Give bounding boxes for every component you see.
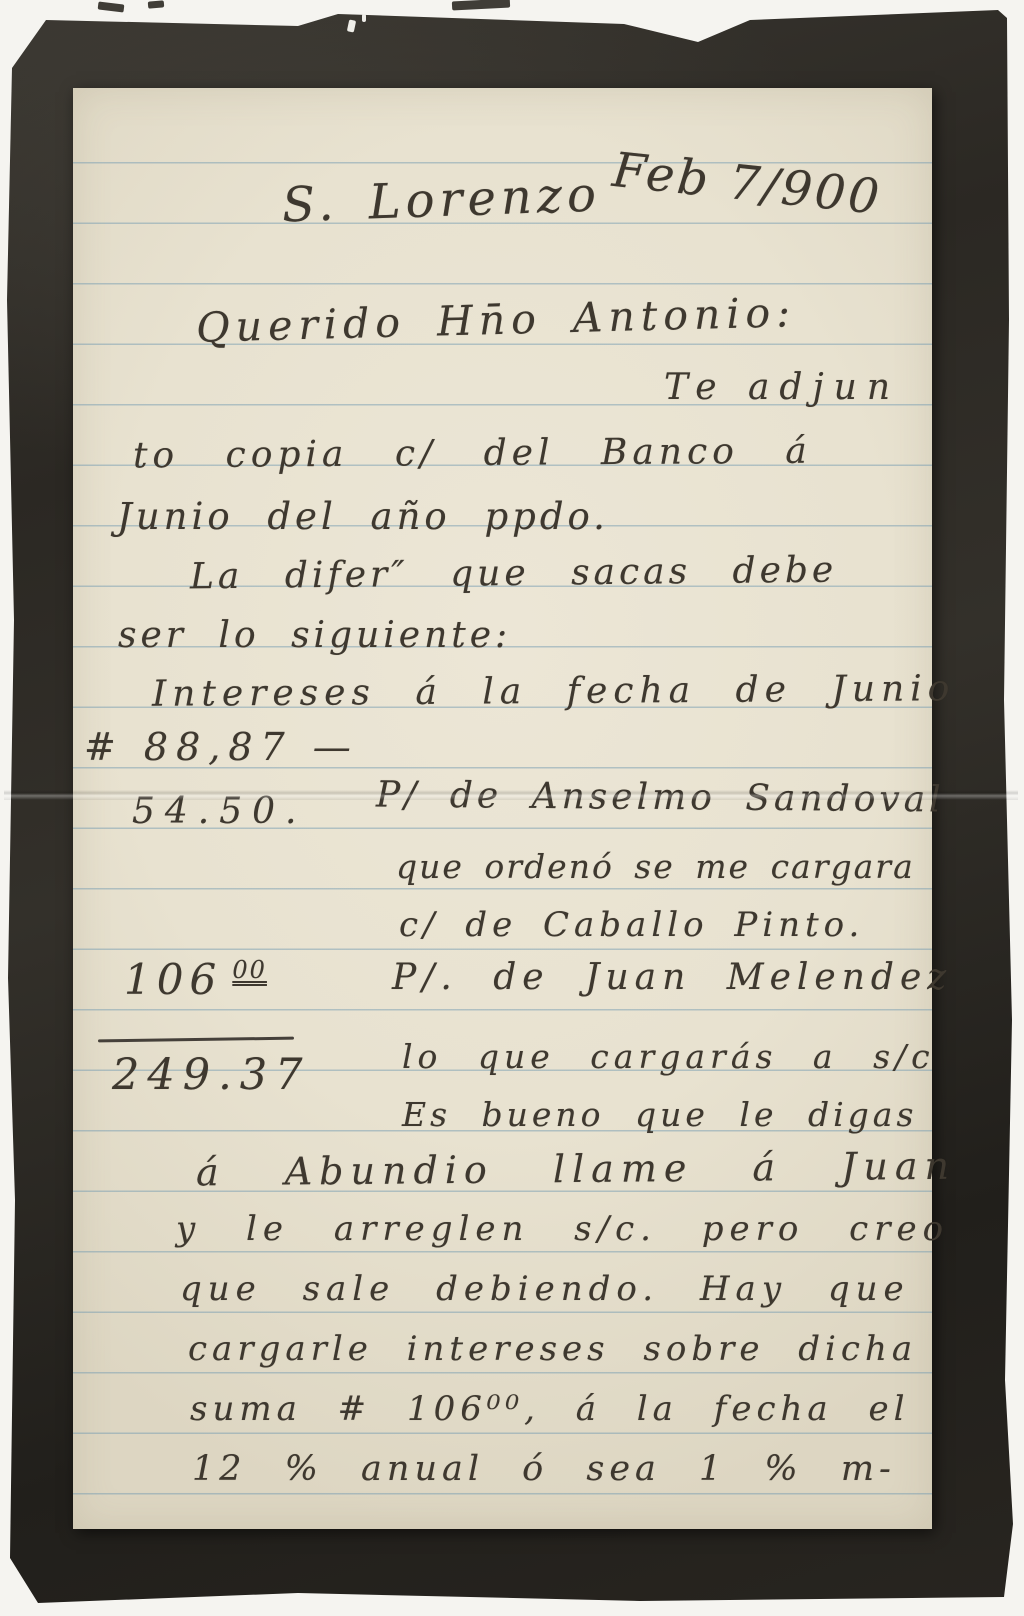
letter-line: Junio del año ppdo. — [117, 498, 609, 535]
letter-line: á Abundio llame á Juan — [196, 1147, 956, 1192]
letter-line: Es bueno que le digas — [402, 1098, 917, 1131]
photo-edge-mark — [98, 1, 125, 12]
amount-principal: 106 00 — [124, 958, 267, 1001]
mat-scratch-speck — [362, 14, 366, 22]
letter-line: que ordenó se me cargara — [396, 850, 915, 883]
letter-line: P/. de Juan Melendez — [392, 960, 952, 996]
letter-line: ser lo siguiente: — [118, 618, 511, 654]
photo-edge-mark — [452, 0, 510, 11]
amount-cents: 00 — [232, 956, 267, 984]
scan-background: S. Lorenzo Feb 7/900 Querido Hn̄o Antoni… — [0, 0, 1024, 1616]
letter-line: La difer″ que sacas debe — [190, 553, 838, 596]
letter-line: to copia c/ del Banco á — [133, 434, 812, 475]
amount-interest: # 88,87 — — [84, 728, 359, 766]
letter-line: que sale debiendo. Hay que — [180, 1272, 910, 1306]
letter-line: lo que cargarás a s/c — [402, 1040, 935, 1073]
place-name: S. Lorenzo — [281, 170, 601, 229]
amount-partial: 54.50. — [132, 794, 307, 830]
ruled-lines — [73, 162, 932, 1522]
letter-line: y le arreglen s/c. pero creo — [176, 1212, 949, 1246]
letter-line: Te adjun — [664, 370, 900, 406]
letter-line: cargarle intereses sobre dicha — [188, 1332, 917, 1366]
letter-line: 12 % anual ó sea 1 % m- — [192, 1452, 896, 1487]
amount-total: 249.37 — [112, 1054, 310, 1097]
letter-line: suma # 106⁰⁰, á la fecha el — [190, 1392, 909, 1426]
letter-line: c/ de Caballo Pinto. — [399, 908, 864, 942]
amount-principal-value: 106 — [124, 955, 222, 1004]
photo-edge-mark — [148, 0, 165, 8]
letter-line: Intereses á la fecha de Junio — [152, 671, 956, 713]
letter-line: P/ de Anselmo Sandoval — [376, 778, 945, 819]
